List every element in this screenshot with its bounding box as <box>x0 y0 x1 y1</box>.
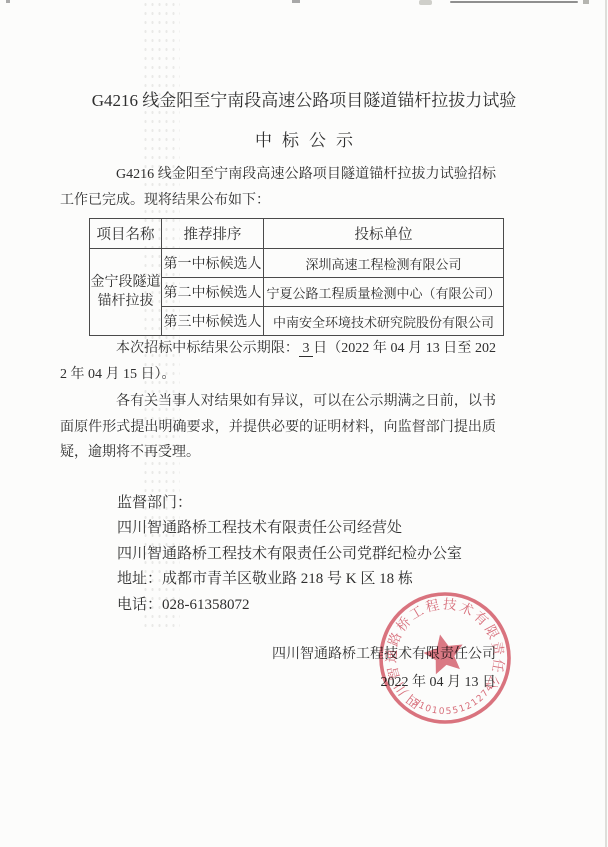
rank-cell: 第二中标候选人 <box>162 278 264 307</box>
intro-paragraph: G4216 线金阳至宁南段高速公路项目隧道锚杆拉拔力试验招标工作已完成。现将结果… <box>60 162 496 213</box>
objection-paragraph: 各有关当事人对结果如有异议，可以在公示期满之日前，以书面原件形式提出明确要求，并… <box>60 389 496 466</box>
header-rank: 推荐排序 <box>162 219 264 249</box>
header-bidder: 投标单位 <box>264 219 504 249</box>
scan-artifact-speck <box>583 0 589 4</box>
table-row: 金宁段隧道锚杆拉拔 第一中标候选人 深圳高速工程检测有限公司 <box>90 249 504 278</box>
supervision-dept-1: 四川智通路桥工程技术有限责任公司经营处 <box>117 516 462 541</box>
period-prefix: 本次招标中标结果公示期限： <box>116 341 299 356</box>
scanned-document-page: G4216 线金阳至宁南段高速公路项目隧道锚杆拉拔力试验 中标公示 G4216 … <box>0 0 608 847</box>
period-days-underlined: 3 <box>299 341 313 357</box>
scan-artifact-speck <box>6 0 10 3</box>
table-header-row: 项目名称 推荐排序 投标单位 <box>90 219 504 249</box>
rank-cell: 第一中标候选人 <box>162 249 264 278</box>
bidder-cell: 宁夏公路工程质量检测中心（有限公司） <box>264 278 504 307</box>
seal-star-icon <box>420 630 467 675</box>
header-project-name: 项目名称 <box>90 219 162 249</box>
rank-cell: 第三中标候选人 <box>162 307 264 336</box>
project-name-cell: 金宁段隧道锚杆拉拔 <box>90 249 162 336</box>
document-title-line2: 中标公示 <box>0 126 608 151</box>
supervision-dept-2: 四川智通路桥工程技术有限责任公司党群纪检办公室 <box>117 542 462 567</box>
scan-artifact-speck <box>419 0 432 5</box>
scan-artifact-speck <box>292 0 300 3</box>
publicity-period-paragraph: 本次招标中标结果公示期限： 3 日（2022 年 04 月 13 日至 2022… <box>60 336 496 387</box>
company-seal-stamp: 四川智通路桥工程技术有限责任公司 5101055121274 <box>362 575 528 741</box>
bidder-cell: 中南安全环境技术研究院股份有限公司 <box>264 307 504 336</box>
bidder-cell: 深圳高速工程检测有限公司 <box>264 249 504 278</box>
supervision-address: 地址：成都市青羊区敬业路 218 号 K 区 18 栋 <box>117 567 462 592</box>
supervision-label: 监督部门： <box>117 491 462 516</box>
document-title-line1: G4216 线金阳至宁南段高速公路项目隧道锚杆拉拔力试验 <box>0 86 608 111</box>
scan-artifact-line <box>450 1 578 3</box>
bid-result-table: 项目名称 推荐排序 投标单位 金宁段隧道锚杆拉拔 第一中标候选人 深圳高速工程检… <box>89 218 504 336</box>
